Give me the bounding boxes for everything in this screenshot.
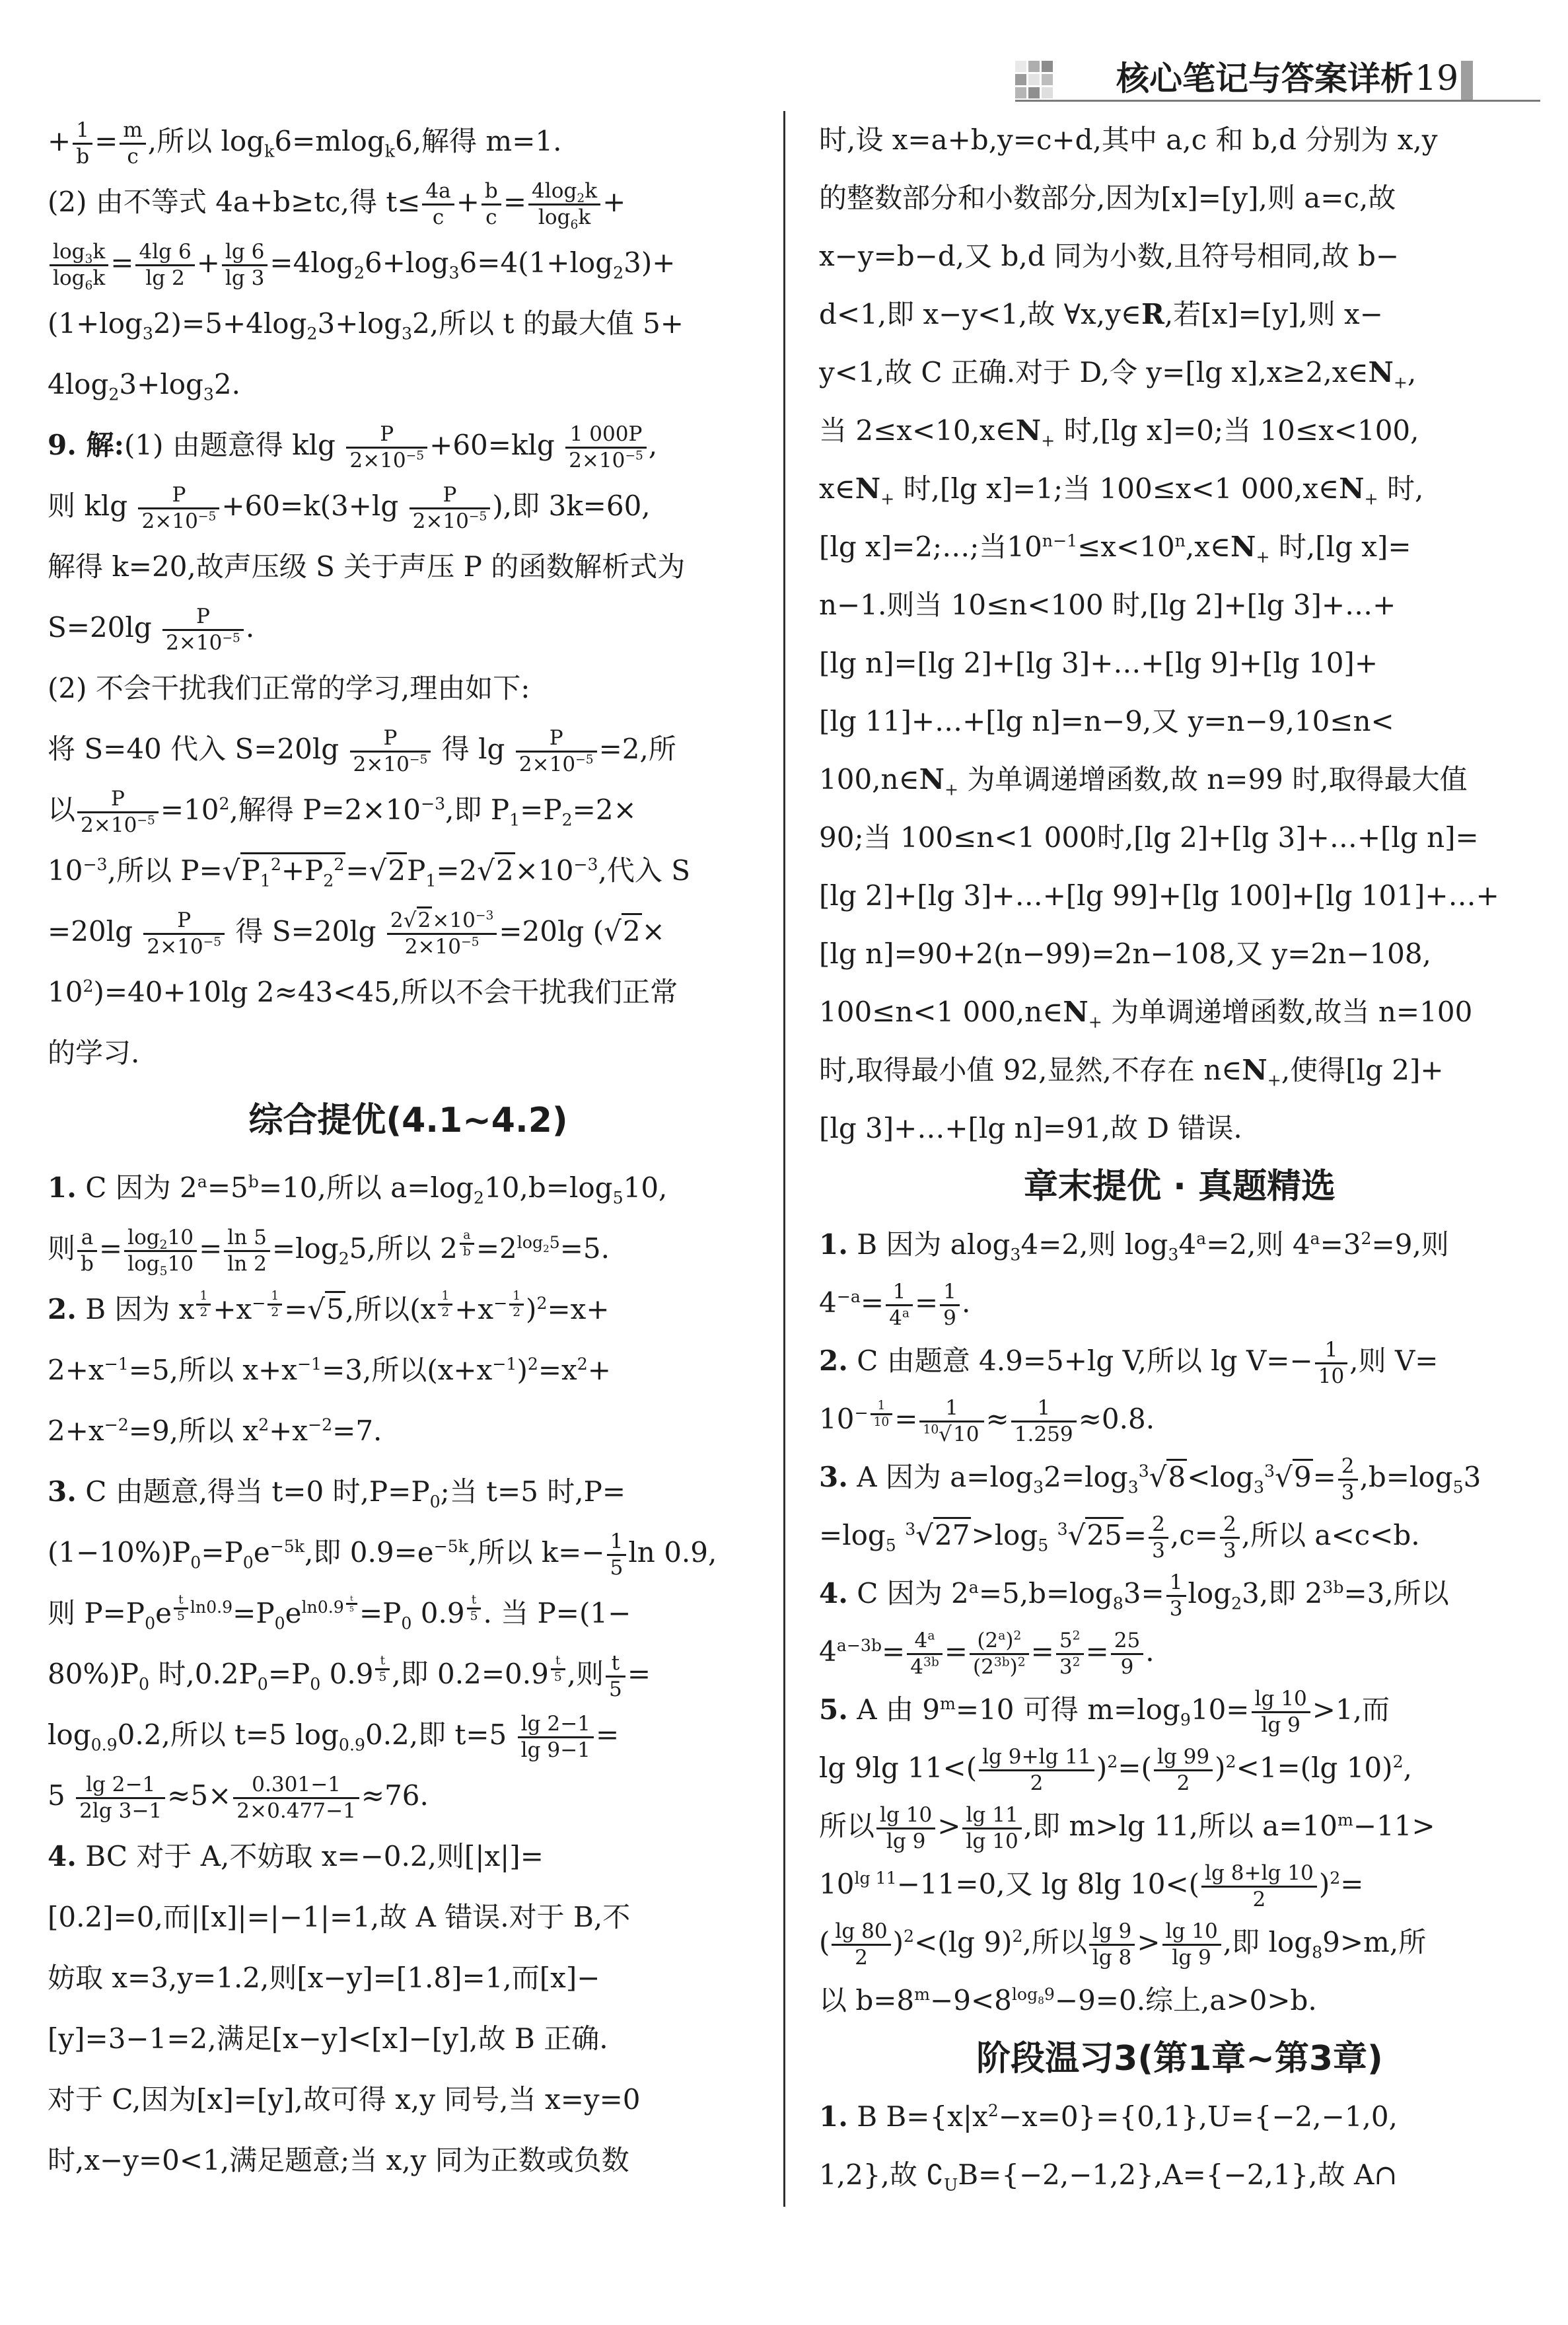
- page-number-bar: [1461, 61, 1473, 100]
- solution-line: 90;当 100≤n<1 000时,[lg 2]+[lg 3]+…+[lg n]…: [819, 809, 1540, 867]
- solution-line: 2. C 由题意 4.9=5+lg V,所以 lg V=−110,则 V=: [819, 1332, 1540, 1390]
- solution-line: 4. C 因为 2a=5,b=log83=13log23,即 23b=3,所以: [819, 1565, 1540, 1623]
- solution-line: S=20lg P2×10−5.: [48, 597, 769, 658]
- solution-line: [lg 11]+…+[lg n]=n−9,又 y=n−9,10≤n<: [819, 692, 1540, 751]
- solution-line: 102)=40+10lg 2≈43<45,所以不会干扰我们正常: [48, 962, 769, 1023]
- solution-line: 2+x−1=5,所以 x+x−1=3,所以(x+x−1)2=x2+: [48, 1340, 769, 1401]
- grid-square: [1028, 87, 1040, 98]
- solution-line: 的学习.: [48, 1023, 769, 1084]
- solution-line: 3. C 由题意,得当 t=0 时,P=P0;当 t=5 时,P=: [48, 1461, 769, 1522]
- solution-line: 以P2×10−5=102,解得 P=2×10−3,即 P1=P2=2×: [48, 780, 769, 840]
- solution-line: n−1.则当 10≤n<100 时,[lg 2]+[lg 3]+…+: [819, 576, 1540, 634]
- solution-line: x−y=b−d,又 b,d 同为小数,且符号相同,故 b−: [819, 227, 1540, 285]
- solution-line: =20lg P2×10−5 得 S=20lg 2√2×10−32×10−5=20…: [48, 901, 769, 962]
- grid-square: [1015, 87, 1026, 98]
- solution-line: (1+log32)=5+4log23+log32,所以 t 的最大值 5+: [48, 293, 769, 354]
- solution-line: 则 P=P0et5ln0.9=P0eln0.9t5=P0 0.9t5. 当 P=…: [48, 1583, 769, 1644]
- solution-line: [lg 2]+[lg 3]+…+[lg 99]+[lg 100]+[lg 101…: [819, 867, 1540, 925]
- solution-line: [0.2]=0,而|[x]|=|−1|=1,故 A 错误.对于 B,不: [48, 1887, 769, 1948]
- solution-line: 3. A 因为 a=log32=log33√8<log33√9=23,b=log…: [819, 1448, 1540, 1506]
- solution-line: 4−a=14a=19.: [819, 1274, 1540, 1332]
- solution-line: 的整数部分和小数部分,因为[x]=[y],则 a=c,故: [819, 169, 1540, 227]
- solution-line: x∈N+ 时,[lg x]=1;当 100≤x<1 000,x∈N+ 时,: [819, 460, 1540, 518]
- solution-line: (2) 由不等式 4a+b≥tc,得 t≤4ac+bc=4log2klog6k+: [48, 172, 769, 233]
- solution-line: 则ab=log210log510=ln 5ln 2=log25,所以 2ab=2…: [48, 1218, 769, 1279]
- solution-line: [lg 3]+…+[lg n]=91,故 D 错误.: [819, 1099, 1540, 1158]
- solution-line: (1−10%)P0=P0e−5k,即 0.9=e−5k,所以 k=−15ln 0…: [48, 1522, 769, 1583]
- solution-line: 妨取 x=3,y=1.2,则[x−y]=[1.8]=1,而[x]−: [48, 1948, 769, 2009]
- solution-line: 1. B 因为 alog34=2,则 log34a=2,则 4a=32=9,则: [819, 1216, 1540, 1274]
- solution-line: 4. BC 对于 A,不妨取 x=−0.2,则[|x|]=: [48, 1826, 769, 1887]
- solution-line: 时,x−y=0<1,满足题意;当 x,y 同为正数或负数: [48, 2130, 769, 2191]
- solution-line: 2. B 因为 x12+x−12=√5,所以(x12+x−12)2=x+: [48, 1279, 769, 1340]
- grid-square: [1028, 74, 1040, 85]
- grid-square: [1015, 61, 1026, 72]
- solution-line: 1. B B={x|x2−x=0}={0,1},U={−2,−1,0,: [819, 2088, 1540, 2146]
- section-heading: 综合提优(4.1~4.2): [48, 1084, 769, 1158]
- solution-line: 5. A 由 9m=10 可得 m=log910=lg 10lg 9>1,而: [819, 1681, 1540, 1739]
- grid-square: [1028, 61, 1040, 72]
- grid-squares-icon: [1015, 61, 1055, 99]
- solution-line: 所以lg 10lg 9>lg 11lg 10,即 m>lg 11,所以 a=10…: [819, 1797, 1540, 1855]
- page-number: 19: [1415, 58, 1454, 99]
- solution-line: d<1,即 x−y<1,故 ∀x,y∈R,若[x]=[y],则 x−: [819, 285, 1540, 344]
- solution-line: 100,n∈N+ 为单调递增函数,故 n=99 时,取得最大值: [819, 751, 1540, 809]
- header-title: 核心笔记与答案详析: [1116, 58, 1400, 99]
- solution-line: 1,2},故 ∁UB={−2,−1,2},A={−2,1},故 A∩: [819, 2146, 1540, 2204]
- solution-line: [lg n]=90+2(n−99)=2n−108,又 y=2n−108,: [819, 925, 1540, 983]
- solution-line: 10lg 11−11=0,又 lg 8lg 10<(lg 8+lg 102)2=: [819, 1855, 1540, 1913]
- solution-line: 100≤n<1 000,n∈N+ 为单调递增函数,故当 n=100: [819, 983, 1540, 1041]
- solution-line: 9. 解:(1) 由题意得 klg P2×10−5+60=klg 1 000P2…: [48, 415, 769, 476]
- grid-square: [1015, 74, 1026, 85]
- solution-line: 5 lg 2−12lg 3−1≈5×0.301−12×0.477−1≈76.: [48, 1765, 769, 1826]
- solution-line: 解得 k=20,故声压级 S 关于声压 P 的函数解析式为: [48, 536, 769, 597]
- solution-line: 将 S=40 代入 S=20lg P2×10−5 得 lg P2×10−5=2,…: [48, 719, 769, 780]
- solution-line: 时,取得最小值 92,显然,不存在 n∈N+,使得[lg 2]+: [819, 1041, 1540, 1099]
- solution-line: 80%)P0 时,0.2P0=P0 0.9t5,即 0.2=0.9t5,则t5=: [48, 1644, 769, 1705]
- solution-line: =log5 3√27>log5 3√25=23,c=23,所以 a<c<b.: [819, 1506, 1540, 1565]
- solution-line: lg 9lg 11<(lg 9+lg 112)2=(lg 992)2<1=(lg…: [819, 1739, 1540, 1797]
- right-column: 时,设 x=a+b,y=c+d,其中 a,c 和 b,d 分别为 x,y的整数部…: [819, 111, 1540, 2204]
- solution-line: [y]=3−1=2,满足[x−y]<[x]−[y],故 B 正确.: [48, 2009, 769, 2069]
- solution-line: (lg 802)2<(lg 9)2,所以lg 9lg 8>lg 10lg 9,即…: [819, 1913, 1540, 1972]
- solution-line: 10−110=110√10≈11.259≈0.8.: [819, 1390, 1540, 1448]
- solution-line: 2+x−2=9,所以 x2+x−2=7.: [48, 1401, 769, 1461]
- section-heading: 章末提优 · 真题精选: [819, 1158, 1540, 1216]
- grid-square: [1042, 74, 1053, 85]
- solution-line: 当 2≤x<10,x∈N+ 时,[lg x]=0;当 10≤x<100,: [819, 402, 1540, 460]
- solution-line: [lg n]=[lg 2]+[lg 3]+…+[lg 9]+[lg 10]+: [819, 634, 1540, 692]
- solution-line: 1. C 因为 2a=5b=10,所以 a=log210,b=log510,: [48, 1158, 769, 1218]
- solution-line: 4log23+log32.: [48, 354, 769, 415]
- solution-line: y<1,故 C 正确.对于 D,令 y=[lg x],x≥2,x∈N+,: [819, 344, 1540, 402]
- grid-square: [1042, 61, 1053, 72]
- solution-line: 时,设 x=a+b,y=c+d,其中 a,c 和 b,d 分别为 x,y: [819, 111, 1540, 169]
- column-divider: [783, 111, 785, 2207]
- solution-line: log0.90.2,所以 t=5 log0.90.2,即 t=5 lg 2−1l…: [48, 1705, 769, 1765]
- page-header: 核心笔记与答案详析 19: [0, 0, 1568, 106]
- solution-line: +1b=mc,所以 logk6=mlogk6,解得 m=1.: [48, 111, 769, 172]
- solution-line: 4a−3b=4a43b=(2a)2(23b)2=5232=259.: [819, 1623, 1540, 1681]
- solution-line: 以 b=8m−9<8log89−9=0.综上,a>0>b.: [819, 1972, 1540, 2030]
- solution-line: 10−3,所以 P=√P12+P22=√2P1=2√2×10−3,代入 S: [48, 840, 769, 901]
- solution-line: (2) 不会干扰我们正常的学习,理由如下:: [48, 658, 769, 719]
- section-heading: 阶段温习3(第1章~第3章): [819, 2030, 1540, 2088]
- solution-line: 对于 C,因为[x]=[y],故可得 x,y 同号,当 x=y=0: [48, 2069, 769, 2130]
- left-column: +1b=mc,所以 logk6=mlogk6,解得 m=1.(2) 由不等式 4…: [48, 111, 769, 2191]
- solution-line: 则 klg P2×10−5+60=k(3+lg P2×10−5),即 3k=60…: [48, 476, 769, 536]
- grid-square: [1042, 87, 1053, 98]
- solution-line: log3klog6k=4lg 6lg 2+lg 6lg 3=4log26+log…: [48, 233, 769, 293]
- header-rule: [1015, 100, 1540, 102]
- solution-line: [lg x]=2;…;当10n−1≤x<10n,x∈N+ 时,[lg x]=: [819, 518, 1540, 576]
